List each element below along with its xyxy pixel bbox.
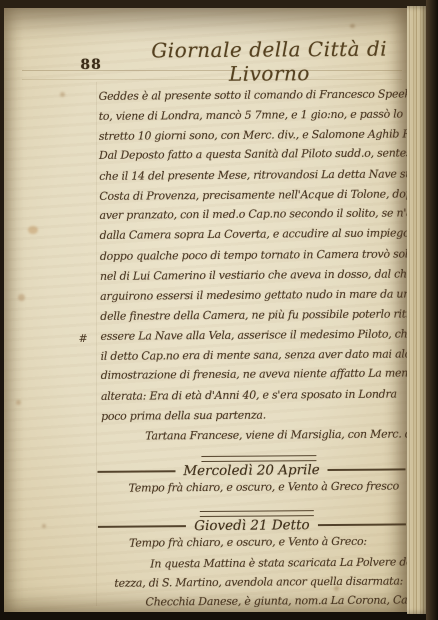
entry-line: essere La Nave alla Vela, asserisce il m… [100,327,407,342]
book-fore-edge [407,6,428,614]
entry-line: doppo qualche poco di tempo tornato in C… [100,247,407,262]
page-title: Giornale della Città di Livorno [130,36,407,86]
entry-line: dalla Camera sopra La Coverta, e accudir… [100,226,407,242]
entry-line: Checchia Danese, è giunta, nom.a La Coro… [145,593,407,608]
section-divider [201,455,316,462]
insertion-mark: # [78,332,87,345]
entry-line: Tempo frà chiaro, e oscuro, e Vento à Gr… [129,479,399,494]
entry-line: Tempo frà chiaro, e oscuro, e Vento à Gr… [129,535,367,550]
entry-line: tezza, di S. Martino, avendola ancor que… [114,574,403,589]
entry-line: dimostrazione di frenesia, ne aveva nien… [101,366,407,381]
section-divider [200,510,314,517]
section-header: Mercoledì 20 Aprile [97,461,405,479]
entry-line: poco prima della sua partenza. [101,409,266,423]
header-rule-left [98,525,186,527]
entry-line: che il 14 del presente Mese, ritrovandos… [99,167,407,183]
header-rule-right [328,469,406,471]
section-header: Giovedì 21 Detto [98,516,406,534]
entry-line: Tartana Francese, viene di Marsiglia, co… [145,427,407,442]
entry-line: arguirono essersi il medesimo gettato nu… [100,287,407,302]
entry-line: nel di Lui Camerino il vestiario che ave… [100,267,407,282]
entry-line: alterata: Era di età d'Anni 40, e s'era … [101,388,397,403]
handwritten-ink-layer: 88 Giornale della Città di Livorno Gedde… [4,8,407,612]
section-date: Giovedì 21 Detto [194,517,309,534]
photo-gutter [426,0,438,620]
entry-line: aver pranzato, con il med.o Cap.no secon… [99,206,407,222]
entry-line: Costa di Provenza, precisamente nell'Acq… [99,187,407,203]
header-rule-right [318,524,406,526]
section-date: Mercoledì 20 Aprile [183,462,320,479]
page-number: 88 [80,57,102,73]
entry-line: il detto Cap.no era di mente sana, senza… [101,347,407,363]
entry-line: stretto 10 giorni sono, con Merc. div., … [99,127,407,143]
manuscript-photo: 88 Giornale della Città di Livorno Gedde… [0,0,438,620]
entry-line: Geddes è al presente sotto il comando di… [99,87,407,103]
entry-line: Dal Deposto fatto a questa Sanità dal Pi… [99,146,407,161]
entry-line: delle finestre della Camera, ne più fu p… [100,307,407,323]
entry-line: to, viene di Londra, mancò 5 7mne, e 1 g… [99,107,403,122]
entry-line: In questa Mattina è stata scaricata La P… [150,555,407,570]
manuscript-page: 88 Giornale della Città di Livorno Gedde… [4,8,407,612]
header-rule-left [97,470,175,472]
